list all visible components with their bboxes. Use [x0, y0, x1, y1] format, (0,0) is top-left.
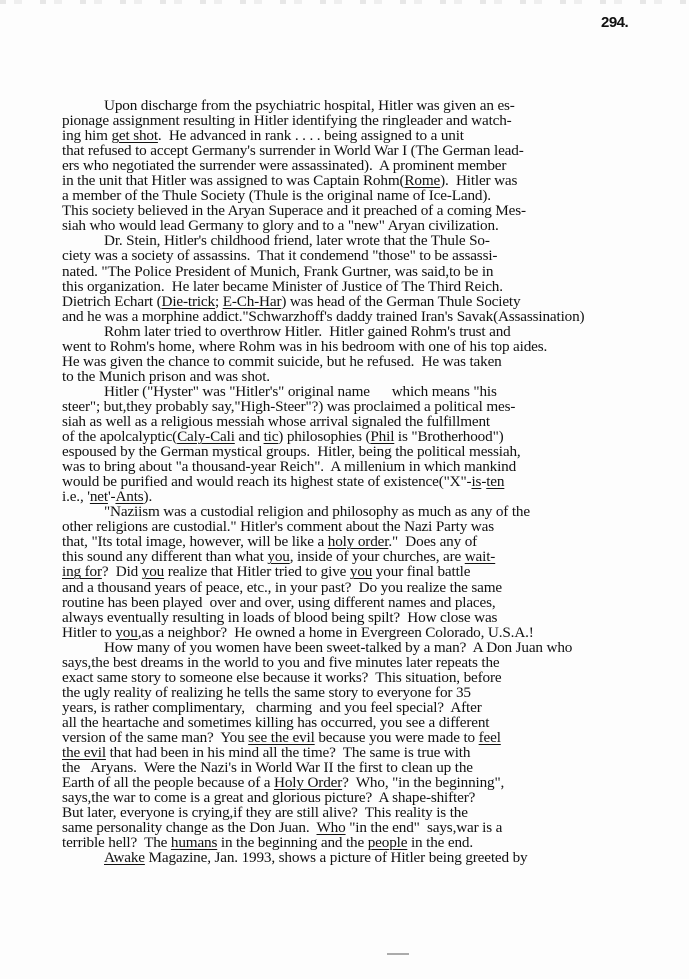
text-line: that, "Its total image, however, will be…	[62, 534, 689, 549]
text-line: always eventually resulting in loads of …	[62, 610, 689, 625]
text-line: was to bring about "a thousand-year Reic…	[62, 459, 689, 474]
body-text: Upon discharge from the psychiatric hosp…	[62, 98, 689, 865]
document-page: 294. Upon discharge from the psychiatric…	[0, 0, 689, 979]
page-number: 294.	[601, 14, 628, 31]
text-line: Dietrich Echart (Die-trick; E-Ch-Har) wa…	[62, 294, 689, 309]
text-segment: i.e., '	[62, 488, 90, 505]
text-line: Dr. Stein, Hitler's childhood friend, la…	[62, 233, 689, 248]
text-line: Upon discharge from the psychiatric hosp…	[62, 98, 689, 113]
text-line: of the apolcalyptic(Caly-Cali and tic) p…	[62, 429, 689, 444]
text-line: says,the war to come is a great and glor…	[62, 790, 689, 805]
text-line: espoused by the German mystical groups. …	[62, 444, 689, 459]
text-line: ing him get shot. He advanced in rank . …	[62, 128, 689, 143]
underlined-text: Awake	[104, 849, 145, 866]
text-line: years, is rather complimentary, charming…	[62, 700, 689, 715]
text-line: this sound any different than what you, …	[62, 549, 689, 564]
text-line: says,the best dreams in the world to you…	[62, 655, 689, 670]
text-line: same personality change as the Don Juan.…	[62, 820, 689, 835]
text-line: to the Munich prison and was shot.	[62, 369, 689, 384]
text-line: the evil that had been in his mind all t…	[62, 745, 689, 760]
scan-artifact	[0, 0, 689, 4]
text-line: Hitler to you,as a neighbor? He owned a …	[62, 625, 689, 640]
text-line: went to Rohm's home, where Rohm was in h…	[62, 339, 689, 354]
underlined-text: is	[471, 473, 481, 490]
text-line: and he was a morphine addict."Schwarzhof…	[62, 309, 689, 324]
text-line: Hitler ("Hyster" was "Hitler's" original…	[62, 384, 689, 399]
text-line: would be purified and would reach its hi…	[62, 474, 689, 489]
text-line: all the heartache and sometimes killing …	[62, 715, 689, 730]
text-line: siah who would lead Germany to glory and…	[62, 218, 689, 233]
text-line: the ugly reality of realizing he tells t…	[62, 685, 689, 700]
text-line: "Naziism was a custodial religion and ph…	[62, 504, 689, 519]
text-line: ciety was a society of assassins. That i…	[62, 248, 689, 263]
scan-mark	[387, 953, 409, 955]
text-line: Awake Magazine, Jan. 1993, shows a pictu…	[62, 850, 689, 865]
underlined-text: ten	[486, 473, 504, 490]
text-line: the Aryans. Were the Nazi's in World War…	[62, 760, 689, 775]
text-line: nated. "The Police President of Munich, …	[62, 264, 689, 279]
text-line: He was given the chance to commit suicid…	[62, 354, 689, 369]
text-segment: Magazine, Jan. 1993, shows a picture of …	[145, 849, 528, 866]
text-line: How many of you women have been sweet-ta…	[62, 640, 689, 655]
text-line: Rohm later tried to overthrow Hitler. Hi…	[62, 324, 689, 339]
text-line: a member of the Thule Society (Thule is …	[62, 188, 689, 203]
text-line: this organization. He later became Minis…	[62, 279, 689, 294]
text-line: exact same story to someone else because…	[62, 670, 689, 685]
underlined-text: feel	[479, 729, 501, 746]
text-line: pionage assignment resulting in Hitler i…	[62, 113, 689, 128]
text-line: This society believed in the Aryan Super…	[62, 203, 689, 218]
text-line: routine has been played over and over, u…	[62, 595, 689, 610]
text-line: in the unit that Hitler was assigned to …	[62, 173, 689, 188]
text-line: But later, everyone is crying,if they ar…	[62, 805, 689, 820]
text-line: steer"; but,they probably say,"High-Stee…	[62, 399, 689, 414]
text-line: siah as well as a religious messiah whos…	[62, 414, 689, 429]
text-line: version of the same man? You see the evi…	[62, 730, 689, 745]
text-line: that refused to accept Germany's surrend…	[62, 143, 689, 158]
text-line: other religions are custodial." Hitler's…	[62, 519, 689, 534]
text-line: and a thousand years of peace, etc., in …	[62, 580, 689, 595]
text-line: Earth of all the people because of a Hol…	[62, 775, 689, 790]
text-line: terrible hell? The humans in the beginni…	[62, 835, 689, 850]
text-line: ing for? Did you realize that Hitler tri…	[62, 564, 689, 579]
text-line: ers who negotiated the surrender were as…	[62, 158, 689, 173]
text-line: i.e., 'net'-Ants).	[62, 489, 689, 504]
